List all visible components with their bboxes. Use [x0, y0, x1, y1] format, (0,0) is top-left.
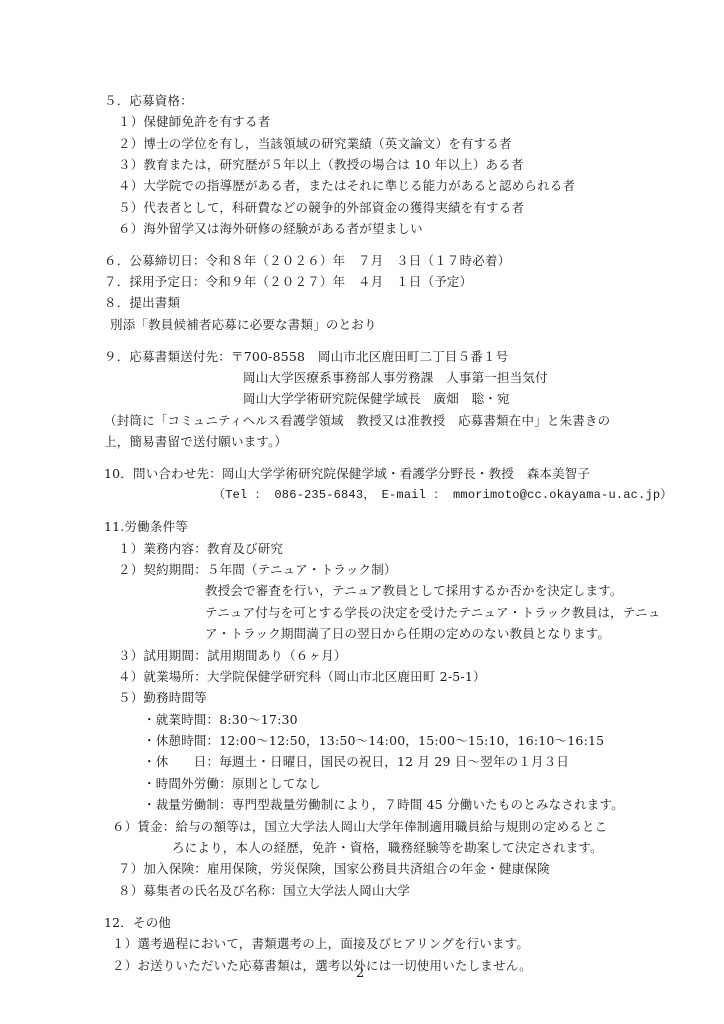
section10-heading: 10．問い合わせ先：岡山大学学術研究院保健学域・看護学分野長・教授 森本美智子	[104, 466, 590, 482]
work-hours-bullet: ・就業時間：8:30〜17:30	[143, 712, 298, 728]
contract-detail: ア・トラック期間満了日の翌日から任期の定めのない教員となります。	[205, 626, 610, 642]
qualification-item: ４）大学院での指導歴がある者，またはそれに準じる能力があると認められる者	[118, 178, 575, 194]
work-condition-item: ７）加入保険：雇用保険，労災保険，国家公務員共済組合の年金・健康保険	[118, 861, 550, 877]
other-item: １）選考過程において，書類選考の上，面接及びヒアリングを行います。	[112, 936, 529, 952]
section6-deadline: ６．公募締切日：令和８年（２０２６）年 ７月 ３日（１７時必着）	[104, 253, 510, 269]
work-condition-item: ２）契約期間：５年間（テニュア・トラック制）	[118, 562, 397, 578]
section9-heading: ９．応募書類送付先：〒700-8558 岡山市北区鹿田町二丁目５番１号	[104, 349, 508, 365]
section9-address-line3: 岡山大学学術研究院保健学域長 廣畑 聡・宛	[243, 391, 510, 407]
work-hours-bullet: ・裁量労働制：専門型裁量労働制により，７時間 45 分働いたものとみなされます。	[143, 797, 624, 813]
section12-heading: 12．その他	[104, 915, 171, 931]
work-condition-item: ３）試用期間：試用期間あり（６ヶ月）	[118, 648, 347, 664]
section8-heading: ８．提出書類	[104, 295, 180, 311]
wage-detail: ろにより，本人の経歴，免許・資格，職務経験等を勘案して決定されます。	[172, 840, 603, 856]
section5-heading: ５．応募資格：	[104, 93, 193, 109]
qualification-item: ２）博士の学位を有し，当該領域の研究業績（英文論文）を有する者	[118, 136, 512, 152]
work-condition-item: ６）賃金：給与の額等は，国立大学法人岡山大学年俸制適用職員給与規則の定めるとこ	[112, 819, 607, 835]
work-hours-bullet: ・時間外労働：原則としてなし	[143, 776, 321, 792]
qualification-item: ６）海外留学又は海外研修の経験がある者が望ましい	[118, 221, 423, 237]
section7-hire-date: ７．採用予定日：令和９年（２０２７）年 ４月 １日（予定）	[104, 274, 472, 290]
section8-body: 別添「教員候補者応募に必要な書類」のとおり	[110, 317, 377, 333]
qualification-item: ５）代表者として，科研費などの競争的外部資金の獲得実績を有する者	[118, 200, 524, 216]
work-hours-bullet: ・休 日：毎週土・日曜日，国民の祝日，12 月 29 日〜翌年の１月３日	[143, 754, 569, 770]
work-condition-item: ４）就業場所：大学院保健学研究科（岡山市北区鹿田町 2-5-1）	[118, 669, 486, 685]
other-item: ２）お送りいただいた応募書類は，選考以外には一切使用いたしません。	[112, 958, 532, 974]
section10-contact: （Tel ： 086-235-6843， E-mail ： mmorimoto@…	[213, 487, 672, 503]
section9-note-cont: 上，簡易書留で送付願います。）	[104, 434, 287, 450]
qualification-item: ３）教育または，研究歴が５年以上（教授の場合は 10 年以上）ある者	[118, 157, 524, 173]
section9-address-line2: 岡山大学医療系事務部人事労務課 人事第一担当気付	[243, 370, 548, 386]
work-condition-item: １）業務内容：教育及び研究	[118, 541, 283, 557]
qualification-item: １）保健師免許を有する者	[118, 114, 270, 130]
work-condition-item: ８）募集者の氏名及び名称：国立大学法人岡山大学	[118, 883, 410, 899]
page-number: 2	[356, 966, 364, 981]
work-hours-bullet: ・休憩時間：12:00〜12:50，13:50〜14:00，15:00〜15:1…	[143, 733, 604, 749]
contract-detail: 教授会で審査を行い，テニュア教員として採用するか否かを決定します。	[205, 583, 623, 599]
section9-note: （封筒に「コミュニティヘルス看護学領域 教授又は准教授 応募書類在中」と朱書きの	[104, 413, 610, 429]
contract-detail: テニュア付与を可とする学長の決定を受けたテニュア・トラック教員は，テニュ	[205, 605, 660, 621]
section11-heading: 11.労働条件等	[104, 519, 188, 535]
work-condition-item: ５）勤務時間等	[118, 690, 207, 706]
